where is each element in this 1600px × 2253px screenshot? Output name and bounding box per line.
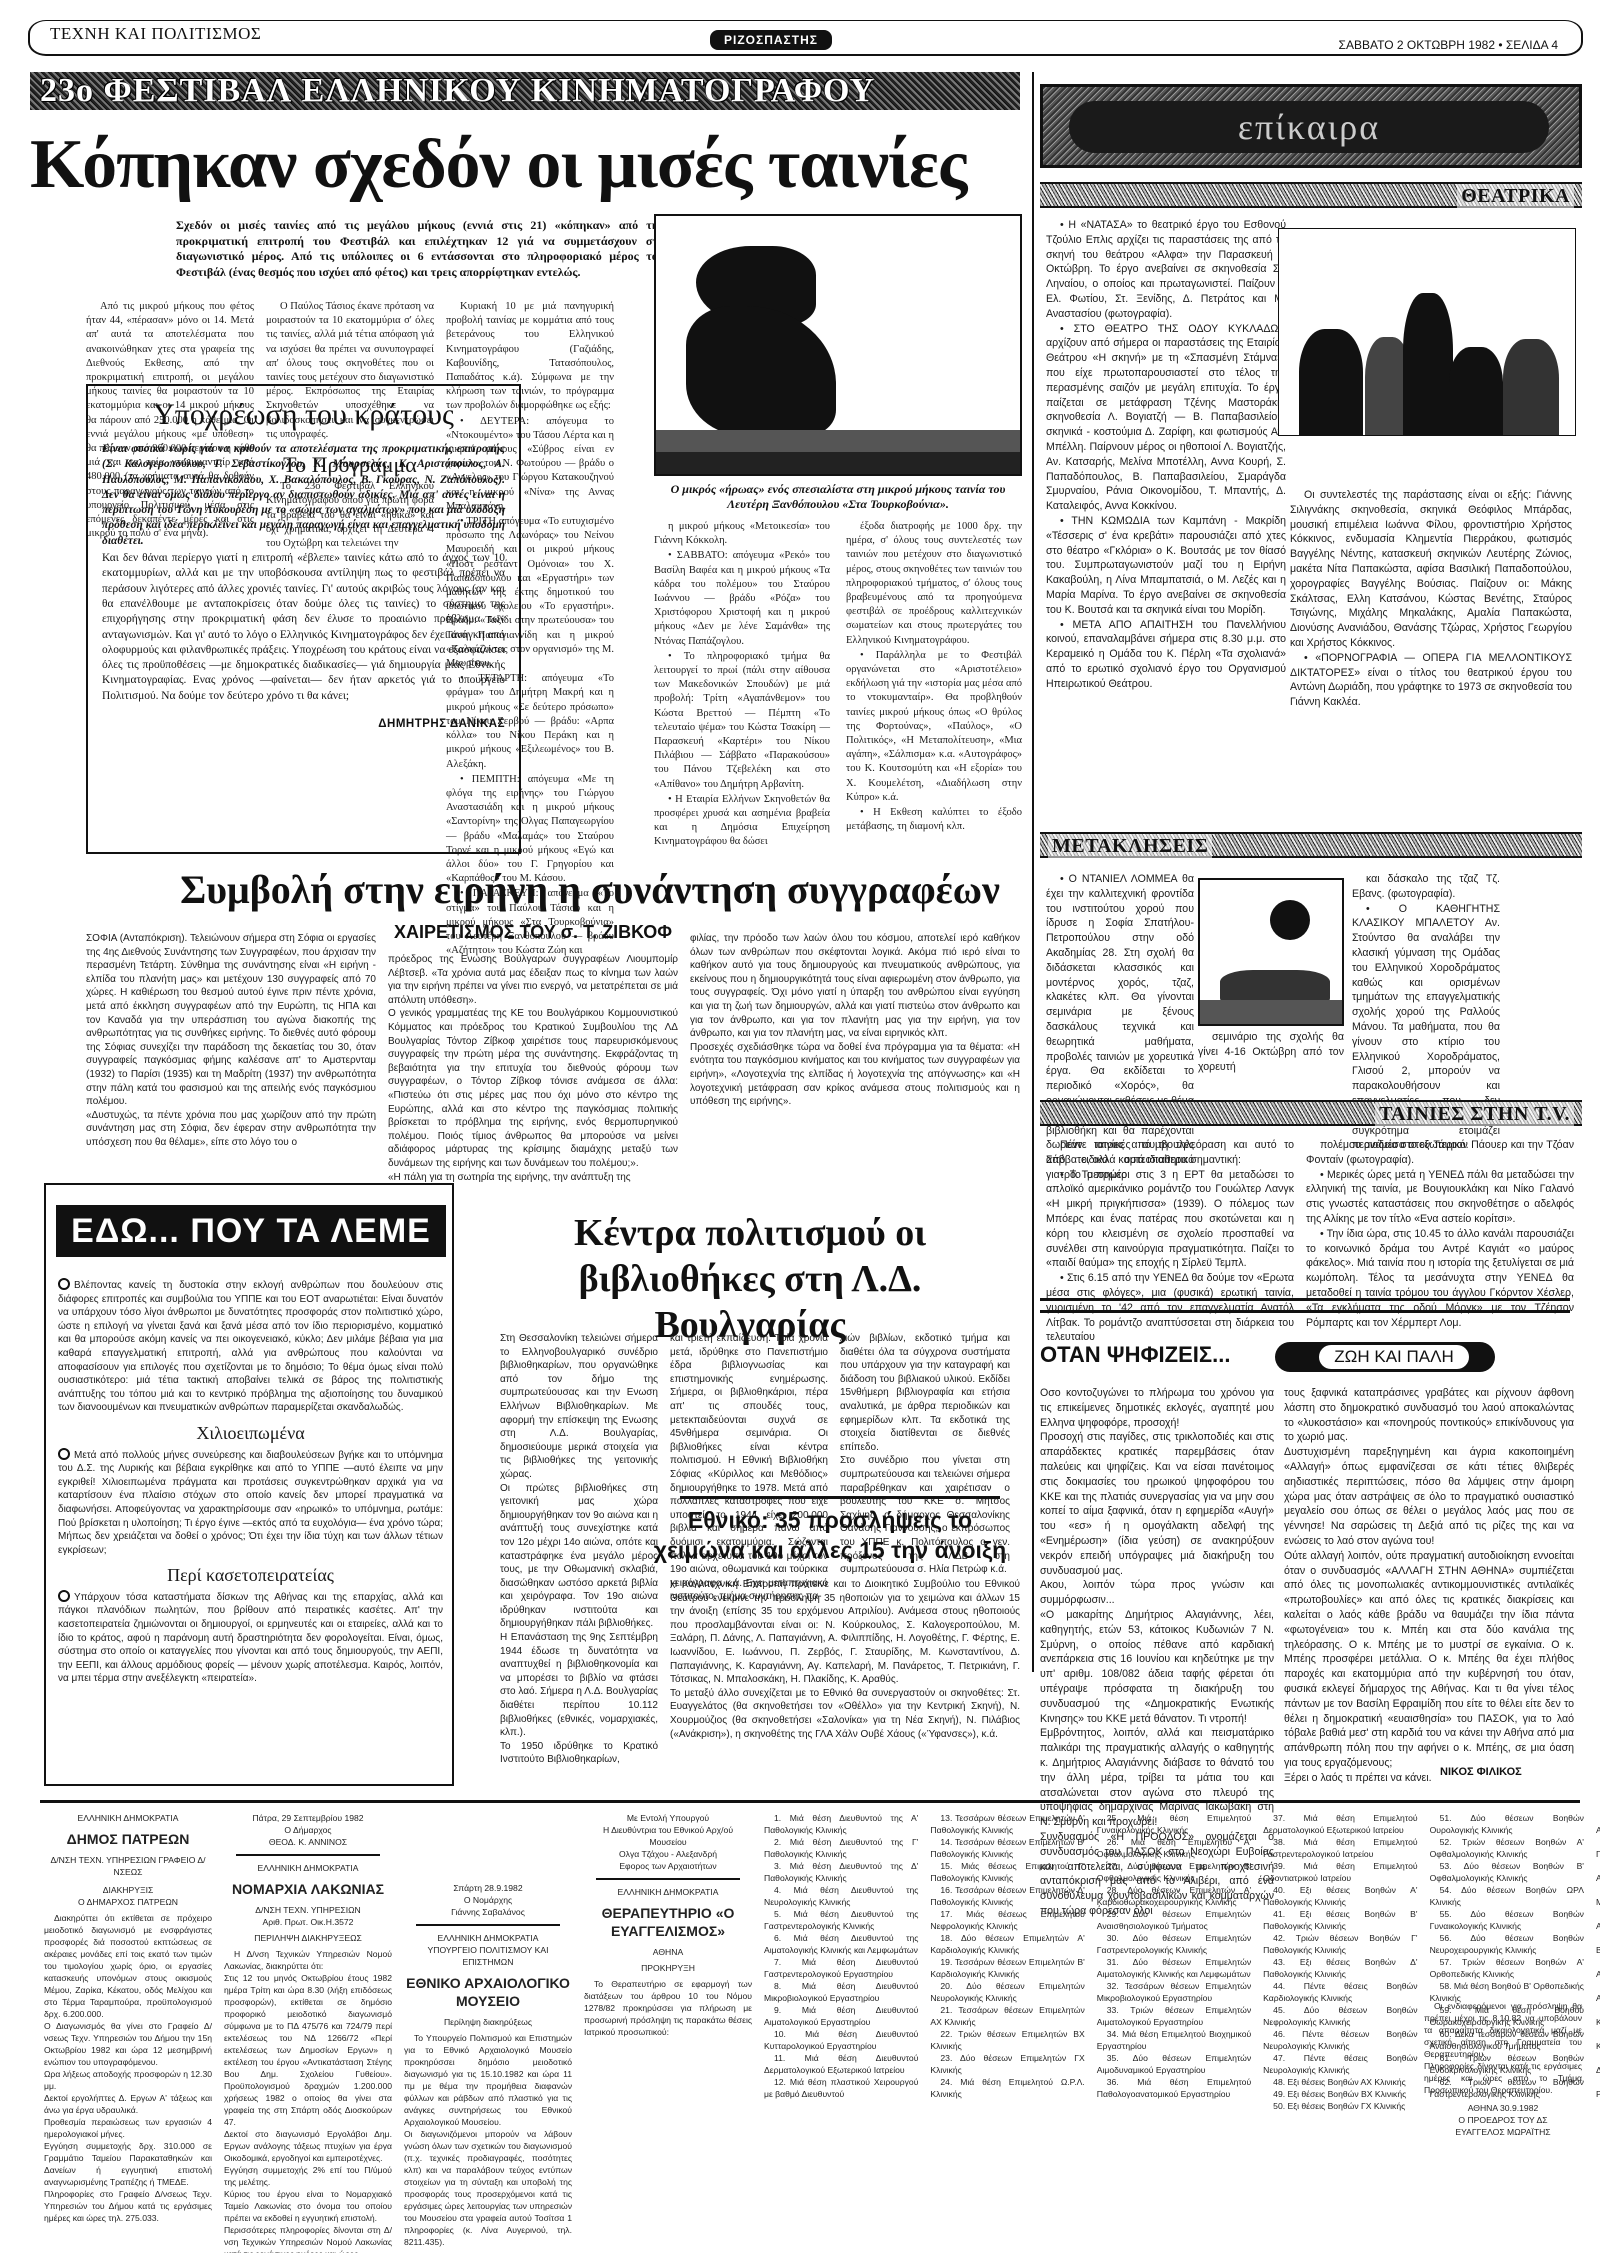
metaklisis-item: σεμινάριο της σχολής θα γίνει 4-16 Οκτώβ… xyxy=(1198,1030,1344,1074)
sign-role: Ο Δήμαρχος xyxy=(224,1824,392,1836)
divider xyxy=(680,1496,1000,1499)
tv-item: • Την ίδια ώρα, στις 10.45 το άλλο κανάλ… xyxy=(1306,1227,1574,1331)
theatre-item: • ΣΤΟ ΘΕΑΤΡΟ ΤΗΣ ΟΔΟΥ ΚΥΚΛΑΔΩΝ αρχίζουν … xyxy=(1046,322,1286,514)
position-item: 44. Πέντε θέσεις Βοηθών Καρδιολογικής Κλ… xyxy=(1263,1980,1417,2004)
festival-headline: Κόπηκαν σχεδόν οι μισές ταινίες xyxy=(30,125,1030,205)
notice-ministry: ΥΠΟΥΡΓΕΙΟ ΠΟΛΙΤΙΣΜΟΥ ΚΑΙ ΕΠΙΣΤΗΜΩΝ xyxy=(404,1944,572,1968)
metaklisis-strip: ΜΕΤΑΚΛΗΣΕΙΣ xyxy=(1040,832,1582,858)
position-item: 72. Τριών θέσεων Βοηθών Κυτταρολογικού Ε… xyxy=(1596,2028,1600,2052)
sign-name: Γιάννης Σαβαλάνος xyxy=(404,1906,572,1918)
film-still-photo xyxy=(654,214,1022,476)
tv-films-strip: ΤΑΙΝΙΕΣ ΣΤΗΝ T.V. xyxy=(1040,1100,1582,1126)
position-item: 55. Δύο θέσεων Βοηθών Γυναικολογικής Κλι… xyxy=(1430,1908,1584,1932)
position-item: 33. Τριών θέσεων Επιμελητών Αιματολογικο… xyxy=(1097,2004,1251,2028)
zoh-kai-pali-badge: ΖΩΗ ΚΑΙ ΠΑΛΗ xyxy=(1275,1342,1495,1372)
position-item: 31. Δύο θέσεων Επιμελητών Αιματολογικής … xyxy=(1097,1956,1251,1980)
elo-text: Υπάρχουν τόσα καταστήματα δίσκων της Αθή… xyxy=(58,1592,443,1685)
divider xyxy=(596,1878,740,1880)
position-item: 24. Μιά θέση Επιμελητού Ω.Ρ.Λ. Κλινικής xyxy=(930,2076,1084,2100)
sign-title: Εφορος των Αρχαιοτήτων xyxy=(584,1860,752,1872)
position-item: 42. Τριών θέσεων Βοηθών Γ' Παθολογικής Κ… xyxy=(1263,1932,1417,1956)
position-item: 3. Μιά θέση Διευθυντού της Δ' Παθολογική… xyxy=(764,1860,918,1884)
position-item: 18. Δύο θέσεων Επιμελητών Α' Καρδιολογικ… xyxy=(930,1932,1084,1956)
sign-place: ΑΘΗΝΑ 30.9.1982 xyxy=(1424,2102,1582,2114)
metaklisis-col-1: • Ο ΝΤΑΝΙΕΛ ΛΟΜΜΕΑ θα έχει την καλλιτεχν… xyxy=(1046,872,1194,1183)
position-item: 4. Μιά θέση Διευθυντού της Νευρολογικής … xyxy=(764,1884,918,1908)
otan-signature: ΝΙΚΟΣ ΦΙΛΙΚΟΣ xyxy=(1440,1766,1522,1778)
classifieds-divider xyxy=(40,1800,1580,1803)
paragraph: • Παράλληλα με το Φεστιβάλ οργανώνεται σ… xyxy=(846,649,1022,805)
notice-ref: Αριθ. Πρωτ. Οικ.Η.3572 xyxy=(224,1916,392,1928)
festival-col-5: έξοδα διατροφής με 1000 δρχ. την ημέρα, … xyxy=(846,520,1022,835)
position-item: 49. Εξι θέσεις Βοηθών ΒΧ Κλινικής xyxy=(1263,2088,1417,2100)
tv-col-2: πολέμου ανάμεσα στον Τάυρον Πάουερ και τ… xyxy=(1306,1138,1574,1330)
position-item: 32. Τεσσάρων θέσεων Επιμελητών Μικροβιολ… xyxy=(1097,1980,1251,2004)
theatre-col-1: • Η «ΝΑΤΑΣΑ» το θεατρικό έργο του Εσθονο… xyxy=(1046,218,1286,692)
position-item: 2. Μιά θέση Διευθυντού της Γ' Παθολογική… xyxy=(764,1836,918,1860)
position-item: 17. Μιάς θέσεως Επιμελητού Νεφρολογικής … xyxy=(930,1908,1084,1932)
elo-item: Υπάρχουν τόσα καταστήματα δίσκων της Αθή… xyxy=(58,1591,443,1686)
position-item: 25. Μιά θέση Επιμελητού Γυναικολογικής Κ… xyxy=(1097,1812,1251,1836)
epikaira-banner: επίκαιρα xyxy=(1040,84,1582,168)
notice-body: Διακηρύττει ότι εκτίθεται σε πρόχειρο με… xyxy=(44,1912,212,2224)
divider xyxy=(416,1924,560,1926)
position-item: 51. Δύο θέσεων Βοηθών Ουρολογικής Κλινικ… xyxy=(1430,1812,1584,1836)
position-item: 28. Δύο θέσεων Επιμελητών Α' Καρδιοθωρακ… xyxy=(1097,1884,1251,1908)
author-signature: ΔΗΜΗΤΡΗΣ ΔΑΝΙΚΑΣ xyxy=(102,718,505,730)
position-item: 7. Μιά θέση Διευθυντού Γαστρεντερολογικο… xyxy=(764,1956,918,1980)
theatre-item: • ΜΕΤΑ ΑΠΟ ΑΠΑΙΤΗΣΗ του Πανελλήνιου κοιν… xyxy=(1046,618,1286,692)
notice-dept: Δ/ΝΣΗ ΤΕΧΝ. ΥΠΗΡΕΣΙΩΝ xyxy=(224,1904,392,1916)
tv-films-label: ΤΑΙΝΙΕΣ ΣΤΗΝ T.V. xyxy=(1375,1102,1574,1126)
position-item: 5. Μιά θέση Διευθυντού της Γαστρεντερολο… xyxy=(764,1908,918,1932)
position-item: 23. Δύο θέσεων Επιμελητών ΓΧ Κλινικής xyxy=(930,2052,1084,2076)
notice-title: ΔΗΜΟΣ ΠΑΤΡΕΩΝ xyxy=(44,1830,212,1848)
libraries-col-1: Στη Θεσσαλονίκη τελειώνει σήμερα το Ελλη… xyxy=(500,1332,658,1767)
position-item: 10. Μιά θέση Διευθυντού Κυτταρολογικού Ε… xyxy=(764,2028,918,2052)
notice-doc: Περίληψη διακηρύξεως xyxy=(404,2016,572,2028)
position-item: 39. Μιά θέση Επιμελητού Οδοντιατρικού Ια… xyxy=(1263,1860,1417,1884)
theatre-section-strip: ΘΕΑΤΡΙΚΑ xyxy=(1040,182,1582,208)
position-item: 1. Μιά θέση Διευθυντού της Α' Παθολογική… xyxy=(764,1812,918,1836)
notice-lakonia: Πάτρα, 29 Σεπτεμβρίου 1982 Ο Δήμαρχος ΘΕ… xyxy=(224,1812,392,2253)
position-item: 20. Δύο θέσεων Επιμελητών Νευρολογικής Κ… xyxy=(930,1980,1084,2004)
elo-text: Βλέποντας κανείς τη δυστοκία στην εκλογή… xyxy=(58,1280,443,1413)
peace-col-2-text: πρόεδρος της Ενωσης Βούλγαρων συγγραφέων… xyxy=(388,953,678,1184)
otan-col-2: τους ξαφνικά καταπράσινες γραβάτες και ρ… xyxy=(1284,1386,1574,1786)
position-item: 11. Μιά θέση Διευθυντού Δερματολογικού Ε… xyxy=(764,2052,918,2076)
elo-item: Μετά από πολλούς μήνες συνεύρεσης και δι… xyxy=(58,1449,443,1558)
position-item: 8. Μιά θέση Διευθυντού Μικροβιολογικού Ε… xyxy=(764,1980,918,2004)
film-photo-caption: Ο μικρός «ήρωας» ενός σπεσιαλίστα στη μι… xyxy=(654,482,1022,512)
tv-item: • Στις 6.15 από την ΥΕΝΕΔ θα δούμε τον «… xyxy=(1046,1271,1294,1345)
sign-role: Ο Νομάρχης xyxy=(404,1894,572,1906)
state-box-body: Και δεν θάναι περίεργο γιατί η επιτροπή … xyxy=(102,551,505,704)
elo-text: Μετά από πολλούς μήνες συνεύρεσης και δι… xyxy=(58,1450,443,1556)
tv-col-1: Πέντε ταινίες από τη τηλεόραση και αυτό … xyxy=(1046,1138,1294,1345)
divider xyxy=(1040,1310,1570,1313)
otan-headline: ΟΤΑΝ ΨΗΦΙΖΕΙΣ... xyxy=(1040,1342,1230,1368)
position-item: 38. Μιά θέση Επιμελητού Γαστρεντερολογικ… xyxy=(1263,1836,1417,1860)
position-item: 48. Εξι θέσεις Βοηθών ΑΧ Κλινικής xyxy=(1263,2076,1417,2088)
position-item: 50. Εξι θέσεις Βοηθών ΓΧ Κλινικής xyxy=(1263,2100,1417,2112)
position-item: 47. Πέντε θέσεις Βοηθών Νευρολογικής Κλι… xyxy=(1263,2052,1417,2076)
notice-doc: ΠΡΟΚΗΡΥΞΗ xyxy=(584,1962,752,1974)
elo-subhead: Περί κασετοπειρατείας xyxy=(58,1569,443,1583)
theatre-section-label: ΘΕΑΤΡΙΚΑ xyxy=(1457,184,1574,208)
tv-item: • Το μεσημέρι στις 3 η ΕΡΤ θα μεταδώσει … xyxy=(1046,1168,1294,1272)
elo-pou-ta-leme-box: ΕΔΩ... ΠΟΥ ΤΑ ΛΕΜΕ Βλέποντας κανείς τη δ… xyxy=(44,1183,454,1786)
paragraph: η μικρού μήκους «Μετοικεσία» του Γιάννη … xyxy=(654,520,830,548)
notice-title: ΘΕΡΑΠΕΥΤΗΡΙΟ «Ο ΕΥΑΓΓΕΛΙΣΜΟΣ» xyxy=(584,1904,752,1940)
position-item: 65. Πέντε θέσεων Βοηθών Αιμοδυναμικού Κέ… xyxy=(1596,1860,1600,1884)
elo-body: Βλέποντας κανείς τη δυστοκία στην εκλογή… xyxy=(58,1279,443,1686)
notice-hospital-outro: Οι ενδιαφερόμενοι για πρόσληψη θα πρέπει… xyxy=(1424,2000,1582,2138)
state-box-title: Υποχρέωση του κράτους xyxy=(102,398,505,432)
peace-col-3: φιλίας, την πρόοδο των λαών όλου του κόσ… xyxy=(690,932,1020,1109)
position-item: 53. Δύο θέσεων Βοηθών Β' Οφθαλμολογικής … xyxy=(1430,1860,1584,1884)
festival-col-4: η μικρού μήκους «Μετοικεσία» του Γιάννη … xyxy=(654,520,830,851)
position-item: 27. Δύο θέσεων Επιμελητών Β' Οφθαλμολογι… xyxy=(1097,1860,1251,1884)
epikaira-logo: επίκαιρα xyxy=(1069,101,1549,153)
ethniko-headline: Εθνικό: 35 προσλήψεις το χειμώνα και άλλ… xyxy=(640,1505,1020,1565)
festival-lede: Σχεδόν οι μισές ταινίες από τις μεγάλου … xyxy=(176,218,664,280)
festival-banner: 23ο ΦΕΣΤΙΒΑΛ ΕΛΛΗΝΙΚΟΥ ΚΙΝΗΜΑΤΟΓΡΑΦΟΥ xyxy=(30,72,1020,110)
state-box-intro: Είναι φυσικά νωρίς γιά να κριθούν τα απο… xyxy=(102,442,505,549)
position-item: 66. Πέντε θέσεων Βοηθών Μικροβιολογικού … xyxy=(1596,1884,1600,1908)
position-item: 68. Τριών θέσεων βοηθών Βιοχημικού Εργασ… xyxy=(1596,1932,1600,1956)
notice-lakonia-cont: Σπάρτη 28.9.1982 Ο Νομάρχης Γιάννης Σαβα… xyxy=(404,1812,572,2248)
position-item: 14. Τεσσάρων θέσεων Επιμελητών Β' Παθολο… xyxy=(930,1836,1084,1860)
position-item: 35. Δύο θέσεων Επιμελητών Αιμοδυναμικού … xyxy=(1097,2052,1251,2076)
notice-dept: Δ/ΝΣΗ ΤΕΧΝ. ΥΠΗΡΕΣΙΩΝ ΓΡΑΦΕΙΟ Δ/ΝΣΕΩΣ xyxy=(44,1854,212,1878)
sign-name: ΕΥΑΓΓΕΛΟΣ ΜΩΡΑΪΤΗΣ xyxy=(1424,2126,1582,2138)
section-title: ΤΕΧΝΗ ΚΑΙ ΠΟΛΙΤΙΣΜΟΣ xyxy=(50,24,261,44)
divider xyxy=(1040,1298,1570,1301)
state-obligation-box: Υποχρέωση του κράτους Είναι φυσικά νωρίς… xyxy=(86,384,521,854)
position-item: 16. Τεσσάρων θέσεων Επιμελητών Δ' Παθολο… xyxy=(930,1884,1084,1908)
position-item: 36. Μιά θέση Επιμελητού Παθολογοανατομικ… xyxy=(1097,2076,1251,2100)
peace-headline: Συμβολή στην ειρήνη η συνάντηση συγγραφέ… xyxy=(150,866,1030,913)
notice-outro: Οι ενδιαφερόμενοι για πρόσληψη θα πρέπει… xyxy=(1424,2000,1582,2096)
paragraph: • Η Εταιρία Ελλήνων Σκηνοθετών θα προσφέ… xyxy=(654,793,830,850)
peace-col-1: ΣΟΦΙΑ (Ανταπόκριση). Τελειώνουν σήμερα σ… xyxy=(86,932,376,1150)
position-item: 41. Εξι θέσεις Βοηθών Β' Παθολογικής Κλι… xyxy=(1263,1908,1417,1932)
newspaper-logo: ΡΙΖΟΣΠΑΣΤΗΣ xyxy=(710,30,832,50)
notice-patra: ΕΛΛΗΝΙΚΗ ΔΗΜΟΚΡΑΤΙΑ ΔΗΜΟΣ ΠΑΤΡΕΩΝ Δ/ΝΣΗ … xyxy=(44,1812,212,2224)
bullet-icon xyxy=(58,1590,70,1602)
position-item: 40. Εξι θέσεις Βοηθών Α' Παθολογικής Κλι… xyxy=(1263,1884,1417,1908)
notice-issuer: Ο ΔΗΜΑΡΧΟΣ ΠΑΤΡΕΩΝ xyxy=(44,1896,212,1908)
bullet-icon xyxy=(58,1448,70,1460)
bullet-icon xyxy=(58,1278,70,1290)
position-item: 37. Μιά θέση Επιμελητού Δερματολογικού Ε… xyxy=(1263,1812,1417,1836)
dancer-photo xyxy=(1198,878,1344,1026)
paragraph: • Το πληροφοριακό τμήμα θα λειτουργεί το… xyxy=(654,650,830,792)
position-item: 70. Δύο θέσεων βοηθών Αιμοδυναμικού Εργα… xyxy=(1596,1980,1600,2004)
notice-intro: Το Θεραπευτήριο σε εφαρμογή των διατάξεω… xyxy=(584,1978,752,2038)
peace-col-2: ΧΑΙΡΕΤΙΣΜΟΣ ΤΟΥ σ. Τ. ΖΙΒΚΟΦ πρόεδρος τη… xyxy=(388,922,678,1184)
position-item: 73. Δύο θέσεων Βοηθών Δερματολογικού Εξω… xyxy=(1596,2052,1600,2076)
sign-name: ΘΕΟΔ. Κ. ΑΝΝΙΝΟΣ xyxy=(224,1836,392,1848)
zoh-kai-pali-label: ΖΩΗ ΚΑΙ ΠΑΛΗ xyxy=(1319,1345,1469,1369)
position-item: 15. Μιάς θέσεως Επιμελητού Γ' Παθολογική… xyxy=(930,1860,1084,1884)
elo-item: Βλέποντας κανείς τη δυστοκία στην εκλογή… xyxy=(58,1279,443,1415)
notice-body: Η Δ/νση Τεχνικών Υπηρεσιών Νομού Λακωνία… xyxy=(224,1948,392,2253)
position-item: 71. Μιάς θέσεως Επιμελητού Κυτταρολογικο… xyxy=(1596,2004,1600,2028)
elo-subhead: Χιλιοειπωμένα xyxy=(58,1427,443,1441)
position-item: 29. Δύο θέσεων Επιμελητών Αναισθησιολογι… xyxy=(1097,1908,1251,1932)
tv-item: πολέμου ανάμεσα στον Τάυρον Πάουερ και τ… xyxy=(1306,1138,1574,1168)
ethniko-body: Η Καλλιτεχνική Επιτροπή πρότεινε και το … xyxy=(670,1578,1020,1741)
theatre-item: • Η «ΝΑΤΑΣΑ» το θεατρικό έργο του Εσθονο… xyxy=(1046,218,1286,322)
position-item: 64. Μιά θέση Βοηθού Γαστρεντερολογικού Ε… xyxy=(1596,1836,1600,1860)
position-item: 30. Δύο θέσεων Επιμελητών Γαστρεντερολογ… xyxy=(1097,1932,1251,1956)
position-item: 56. Δύο θέσεων Βοηθών Νευροχειρουργικής … xyxy=(1430,1932,1584,1956)
notice-body: Το Υπουργείο Πολιτισμού και Επιστημών γι… xyxy=(404,2032,572,2248)
zivkov-subhead: ΧΑΙΡΕΤΙΣΜΟΣ ΤΟΥ σ. Τ. ΖΙΒΚΟΦ xyxy=(388,922,678,943)
paragraph: έξοδα διατροφής με 1000 δρχ. την ημέρα, … xyxy=(846,520,1022,648)
metaklisis-item: και δάσκαλο της τζαζ Τζ. Εβανς. (φωτογρα… xyxy=(1352,872,1500,902)
sign-place: Σπάρτη 28.9.1982 xyxy=(404,1882,572,1894)
position-item: 46. Πέντε θέσεων Βοηθών Νευρολογικής Κλι… xyxy=(1263,2028,1417,2052)
theatre-item: • «ΠΟΡΝΟΓΡΑΦΙΑ — ΟΠΕΡΑ ΓΙΑ ΜΕΛΛΟΝΤΙΚΟΥΣ … xyxy=(1290,651,1572,710)
position-item: 13. Τεσσάρων θέσεων Επιμελητών Α' Παθολο… xyxy=(930,1812,1084,1836)
paragraph: • Η Εκθεση καλύπτει το έξοδο μετάβασης, … xyxy=(846,806,1022,834)
elo-banner: ΕΔΩ... ΠΟΥ ΤΑ ΛΕΜΕ xyxy=(56,1205,446,1257)
sign-role: Η Διευθύντρια του Εθνικού Αρχ/ού Μουσείο… xyxy=(584,1824,752,1848)
notice-republic: ΕΛΛΗΝΙΚΗ ΔΗΜΟΚΡΑΤΙΑ xyxy=(584,1886,752,1898)
sign-place: Πάτρα, 29 Σεπτεμβρίου 1982 xyxy=(224,1812,392,1824)
position-item: 43. Εξι θέσεις Βοηθών Δ' Παθολογικής Κλι… xyxy=(1263,1956,1417,1980)
sign-role: Ο ΠΡΟΕΔΡΟΣ ΤΟΥ ΔΣ xyxy=(1424,2114,1582,2126)
notice-city: ΑΘΗΝΑ xyxy=(584,1946,752,1958)
position-item: 69. Μία θέση βοηθού Ακτινοδιαγνωστικού Ε… xyxy=(1596,1956,1600,1980)
position-item: 45. Δύο θέσεων Βοηθών Νεφρολογικής Κλινι… xyxy=(1263,2004,1417,2028)
position-item: 63. Τριών θέσεων Βοηθών Αιματολογικής Κλ… xyxy=(1596,1812,1600,1836)
position-item: 57. Τριών θέσεων Βοηθών Α' Ορθοπεδικής Κ… xyxy=(1430,1956,1584,1980)
libraries-headline: Κέντρα πολιτισμού οι βιβλιοθήκες στη Λ.Δ… xyxy=(500,1210,1000,1348)
position-item: 6. Μιά θέση Διευθυντού της Αιματολογικής… xyxy=(764,1932,918,1956)
notice-museum-sign: Με Εντολή Υπουργού Η Διευθύντρια του Εθν… xyxy=(584,1812,752,2038)
position-item: 19. Τεσσάρων θέσεων Επιμελητών Β' Καρδιο… xyxy=(930,1956,1084,1980)
notice-title: ΕΘΝΙΚΟ ΑΡΧΑΙΟΛΟΓΙΚΟ ΜΟΥΣΕΙΟ xyxy=(404,1974,572,2010)
position-item: 22. Τριών θέσεων Επιμελητών ΒΧ Κλινικής xyxy=(930,2028,1084,2052)
position-item: 26. Μιά θέση Επιμελητού Α' Οφθαλμολογική… xyxy=(1097,1836,1251,1860)
theatre-credits: Οι συντελεστές της παράστασης είναι οι ε… xyxy=(1290,488,1572,651)
dateline: ΣΑΒΒΑΤΟ 2 ΟΚΤΩΒΡΗ 1982 • ΣΕΛΙΔΑ 4 xyxy=(1339,38,1558,52)
notice-doc: ΠΕΡΙΛΗΨΗ ΔΙΑΚΗΡΥΞΕΩΣ xyxy=(224,1932,392,1944)
position-item: 52. Τριών θέσεων Βοηθών Α' Οφθαλμολογική… xyxy=(1430,1836,1584,1860)
position-item: 9. Μιά θέση Διευθυντού Αιματολογικού Εργ… xyxy=(764,2004,918,2028)
position-item: 12. Μιά θέση πλαστικού Χειρουργού με βαθ… xyxy=(764,2076,918,2100)
dancer-caption: σεμινάριο της σχολής θα γίνει 4-16 Οκτώβ… xyxy=(1198,1030,1344,1074)
notice-doc: ΔΙΑΚΗΡΥΞΙΣ xyxy=(44,1884,212,1896)
position-item: 74. Μιάς θέσεως βοηθού Ρευματολογικού Ια… xyxy=(1596,2076,1600,2100)
notice-republic: ΕΛΛΗΝΙΚΗ ΔΗΜΟΚΡΑΤΙΑ xyxy=(224,1862,392,1874)
sign-pre: Με Εντολή Υπουργού xyxy=(584,1812,752,1824)
position-item: 54. Δύο θέσεων Βοηθών ΩΡΛ Κλινικής xyxy=(1430,1884,1584,1908)
position-item: 34. Μιά θέση Επιμελητού Βιοχημικού Εργασ… xyxy=(1097,2028,1251,2052)
notice-republic: ΕΛΛΗΝΙΚΗ ΔΗΜΟΚΡΑΤΙΑ xyxy=(404,1932,572,1944)
tv-item: Πέντε ταινίες από τη τηλεόραση και αυτό … xyxy=(1046,1138,1294,1168)
divider xyxy=(236,1854,380,1856)
notice-republic: ΕΛΛΗΝΙΚΗ ΔΗΜΟΚΡΑΤΙΑ xyxy=(44,1812,212,1824)
metaklisis-item: • Ο ΝΤΑΝΙΕΛ ΛΟΜΜΕΑ θα έχει την καλλιτεχν… xyxy=(1046,872,1194,1183)
position-item: 67. Δέκα τεσσάρων θέσεων Βοηθών Αιματολο… xyxy=(1596,1908,1600,1932)
theatre-col-2: Οι συντελεστές της παράστασης είναι οι ε… xyxy=(1290,488,1572,710)
sign-name: Ολγα Τζάχου - Αλεξανδρή xyxy=(584,1848,752,1860)
position-item: 21. Τεσσάρων θέσεων Επιμελητών ΑΧ Κλινικ… xyxy=(930,2004,1084,2028)
tv-item: • Μερικές ώρες μετά η ΥΕΝΕΔ πάλι θα μετα… xyxy=(1306,1168,1574,1227)
theatre-item: • ΤΗΝ ΚΩΜΩΔΙΑ των Καμπάνη - Μακρίδη «Τέσ… xyxy=(1046,514,1286,618)
notice-title: ΝΟΜΑΡΧΙΑ ΛΑΚΩΝΙΑΣ xyxy=(224,1880,392,1898)
theatre-group-photo xyxy=(1278,228,1576,436)
metaklisis-label: ΜΕΤΑΚΛΗΣΕΙΣ xyxy=(1048,834,1212,858)
paragraph: • ΣΑΒΒΑΤΟ: απόγευμα «Ρεκό» του Βασίλη Βα… xyxy=(654,549,830,648)
